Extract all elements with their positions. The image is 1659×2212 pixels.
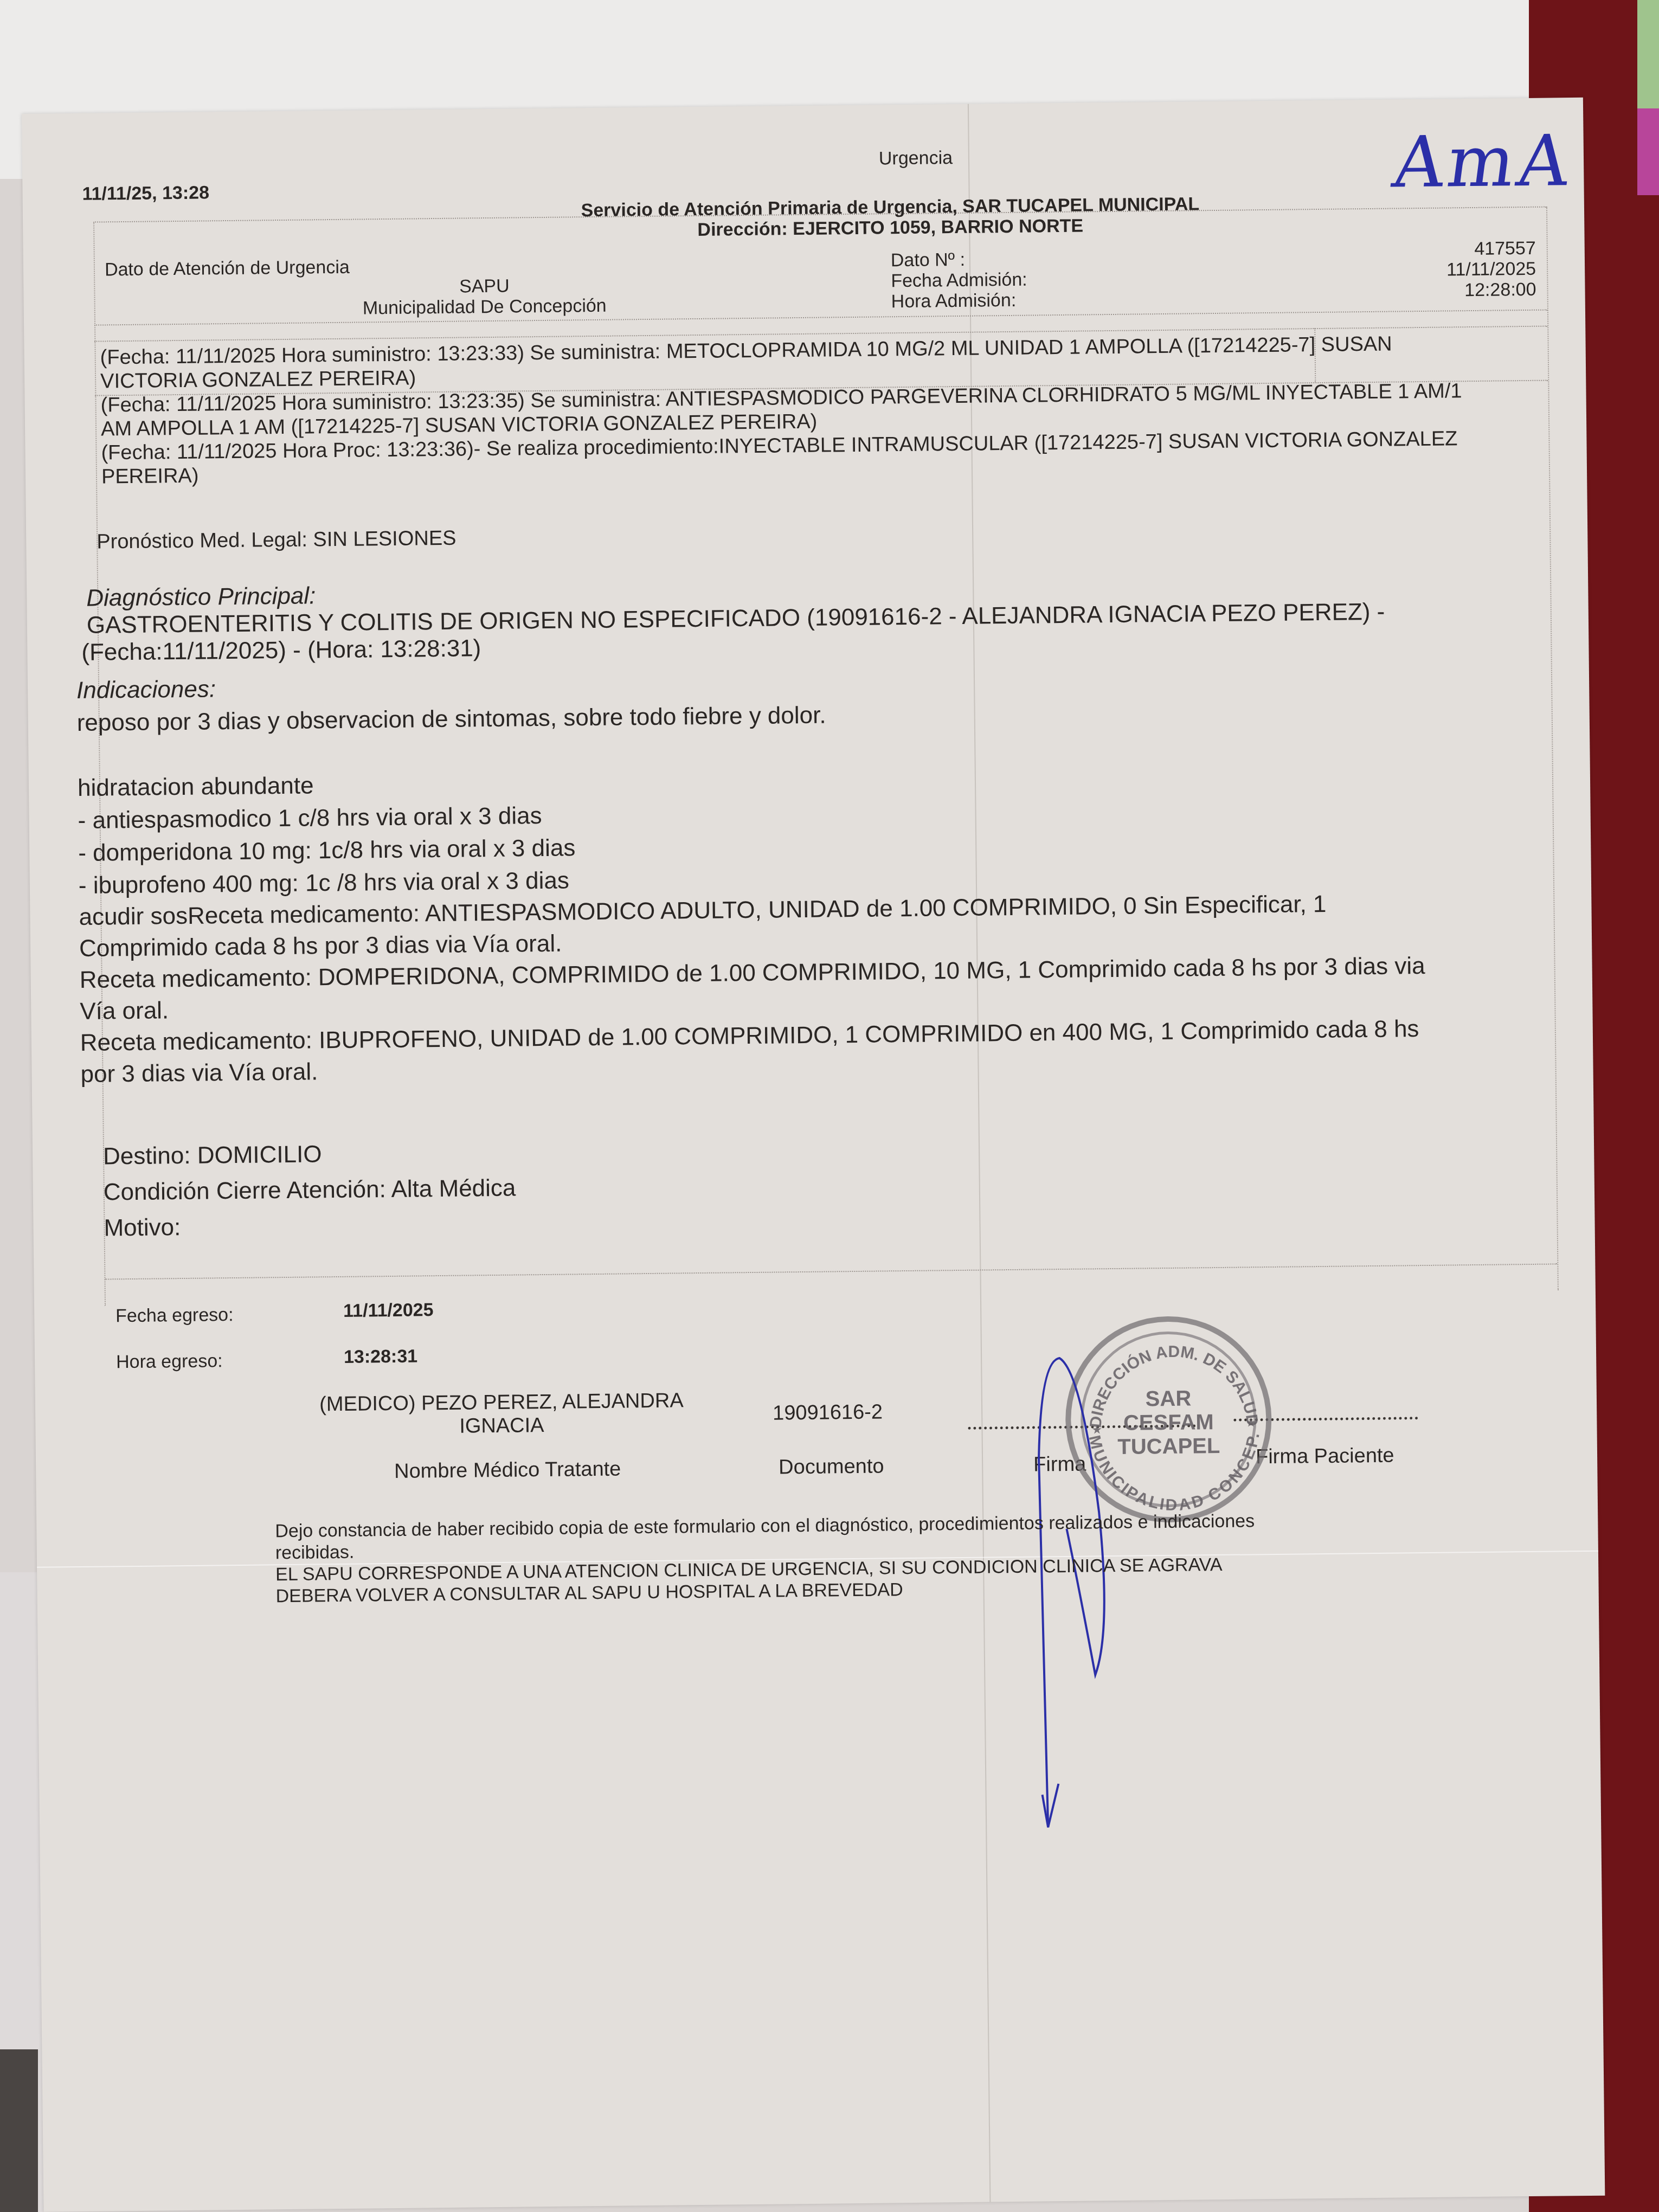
egress-time-value: 13:28:31	[344, 1346, 418, 1367]
dark-background-object	[0, 2049, 38, 2212]
handwritten-note: AmA	[1388, 119, 1578, 204]
indication-line: - domperidona 10 mg: 1c/8 hrs via oral x…	[78, 834, 576, 867]
indications-label: Indicaciones:	[76, 676, 216, 704]
admission-date-label: Fecha Admisión:	[891, 269, 1027, 292]
green-background-object	[1637, 0, 1659, 108]
indication-line: Receta medicamento: IBUPROFENO, UNIDAD d…	[80, 1015, 1419, 1057]
case-number-value: 417557	[1352, 238, 1536, 261]
fold-line-vertical	[968, 104, 991, 2202]
admission-unit: SAPU	[349, 274, 620, 298]
printed-datetime: 11/11/25, 13:28	[82, 182, 209, 204]
indication-line: reposo por 3 dias y observacion de sinto…	[77, 702, 826, 737]
destination: Destino: DOMICILIO	[103, 1141, 322, 1170]
treating-doctor-label: Nombre Médico Tratante	[323, 1457, 692, 1484]
magenta-background-object	[1637, 108, 1659, 195]
admission-time-value: 12:28:00	[1352, 279, 1536, 303]
admission-section-label: Dato de Atención de Urgencia	[105, 257, 350, 281]
frame-right-edge	[1546, 207, 1559, 1291]
indication-line: Comprimido cada 8 hs por 3 dias via Vía …	[79, 930, 562, 962]
diagnosis-datetime: (Fecha:11/11/2025) - (Hora: 13:28:31)	[81, 635, 481, 666]
procedure-line: PEREIRA)	[101, 465, 199, 489]
indication-line: Vía oral.	[80, 997, 169, 1025]
legal-prognosis: Pronóstico Med. Legal: SIN LESIONES	[97, 527, 456, 554]
indication-line: hidratacion abundante	[78, 772, 314, 802]
closure-reason: Motivo:	[104, 1214, 181, 1242]
egress-time-label: Hora egreso:	[116, 1351, 223, 1373]
doctor-pen-signature	[1021, 1349, 1189, 1838]
diagnosis-label: Diagnóstico Principal:	[86, 582, 316, 612]
indication-line: por 3 dias via Vía oral.	[80, 1058, 318, 1088]
case-number-label: Dato Nº :	[891, 249, 966, 271]
procedure-line: VICTORIA GONZALEZ PEREIRA)	[100, 366, 416, 393]
admission-date-value: 11/11/2025	[1352, 259, 1536, 282]
admission-time-label: Hora Admisión:	[891, 290, 1017, 312]
frame-divider	[105, 1263, 1558, 1279]
treating-doctor-name-continued: IGNACIA	[295, 1412, 708, 1440]
procedure-line: (Fecha: 11/11/2025 Hora suministro: 13:2…	[100, 333, 1392, 370]
admission-municipality: Municipalidad De Concepción	[295, 294, 674, 319]
acknowledgement-text-continued: recibidas.	[275, 1542, 355, 1564]
doctor-document-number: 19091616-2	[773, 1401, 883, 1425]
indication-line: - antiespasmodico 1 c/8 hrs via oral x 3…	[78, 802, 542, 834]
closure-condition: Condición Cierre Atención: Alta Médica	[104, 1175, 516, 1206]
medical-document: 11/11/25, 13:28 Urgencia AmA Servicio de…	[22, 98, 1605, 2212]
egress-date-value: 11/11/2025	[343, 1300, 434, 1322]
indication-line: - ibuprofeno 400 mg: 1c /8 hrs via oral …	[79, 867, 569, 899]
egress-date-label: Fecha egreso:	[115, 1304, 234, 1327]
form-title: Urgencia	[879, 147, 953, 169]
document-label: Documento	[779, 1455, 884, 1479]
